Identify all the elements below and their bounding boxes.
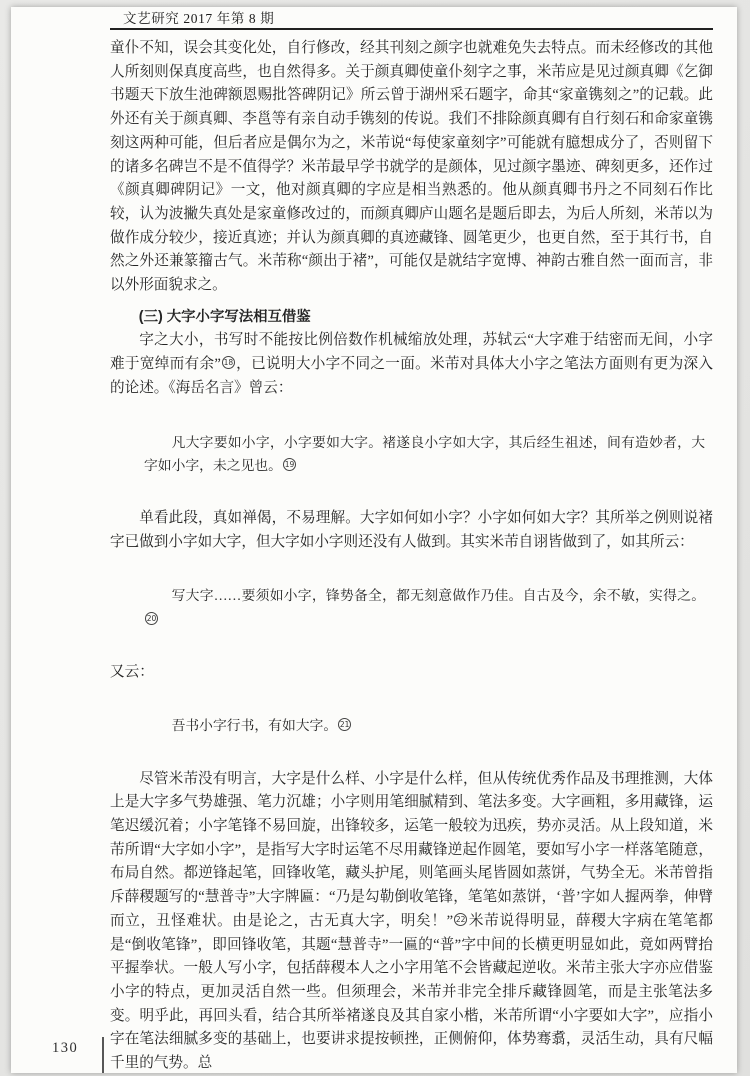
journal-header: 文艺研究 2017 年第 8 期 [123, 7, 274, 27]
footnote-marker: 21 [338, 718, 351, 731]
paragraph: 又云： [110, 661, 713, 685]
footnote-marker: 19 [283, 458, 296, 471]
block-quote: 吾书小字行书，有如大字。21 [144, 714, 705, 737]
header-rule [110, 28, 713, 30]
footer-divider [102, 1037, 104, 1073]
scan-background: 文艺研究 2017 年第 8 期 童仆不知，误会其变化处，自行修改，经其刊刻之颜… [0, 0, 750, 1076]
paragraph: 尽管米芾没有明言，大字是什么样、小字是什么样，但从传统优秀作品及书理推测，大体上… [110, 768, 713, 1076]
paragraph: 字之大小，书写时不能按比例倍数作机械缩放处理，苏轼云“大字难于结密而无间，小字难… [110, 329, 713, 400]
paragraph: 童仆不知，误会其变化处，自行修改，经其刊刻之颜字也就难免失去特点。而未经修改的其… [110, 37, 713, 298]
section-heading: (三) 大字小字写法相互借鉴 [110, 306, 713, 330]
page-canvas: 文艺研究 2017 年第 8 期 童仆不知，误会其变化处，自行修改，经其刊刻之颜… [0, 0, 750, 1076]
article-body: 童仆不知，误会其变化处，自行修改，经其刊刻之颜字也就难免失去特点。而未经修改的其… [110, 37, 713, 1076]
page-number: 130 [52, 1040, 78, 1057]
footnote-marker: 22 [454, 913, 467, 926]
footnote-marker: 18 [222, 356, 235, 369]
block-quote: 凡大字要如小字，小字要如大字。褚遂良小字如大字，其后经生祖述，间有造妙者，大字如… [144, 431, 705, 477]
paragraph: 单看此段，真如禅偈，不易理解。大字如何如小字？小字如何如大字？其所举之例则说褚字… [110, 507, 713, 554]
block-quote: 写大字……要须如小字，锋势备全，都无刻意做作乃佳。自古及今，余不敏，实得之。20 [144, 584, 705, 630]
footnote-marker: 20 [145, 612, 158, 625]
